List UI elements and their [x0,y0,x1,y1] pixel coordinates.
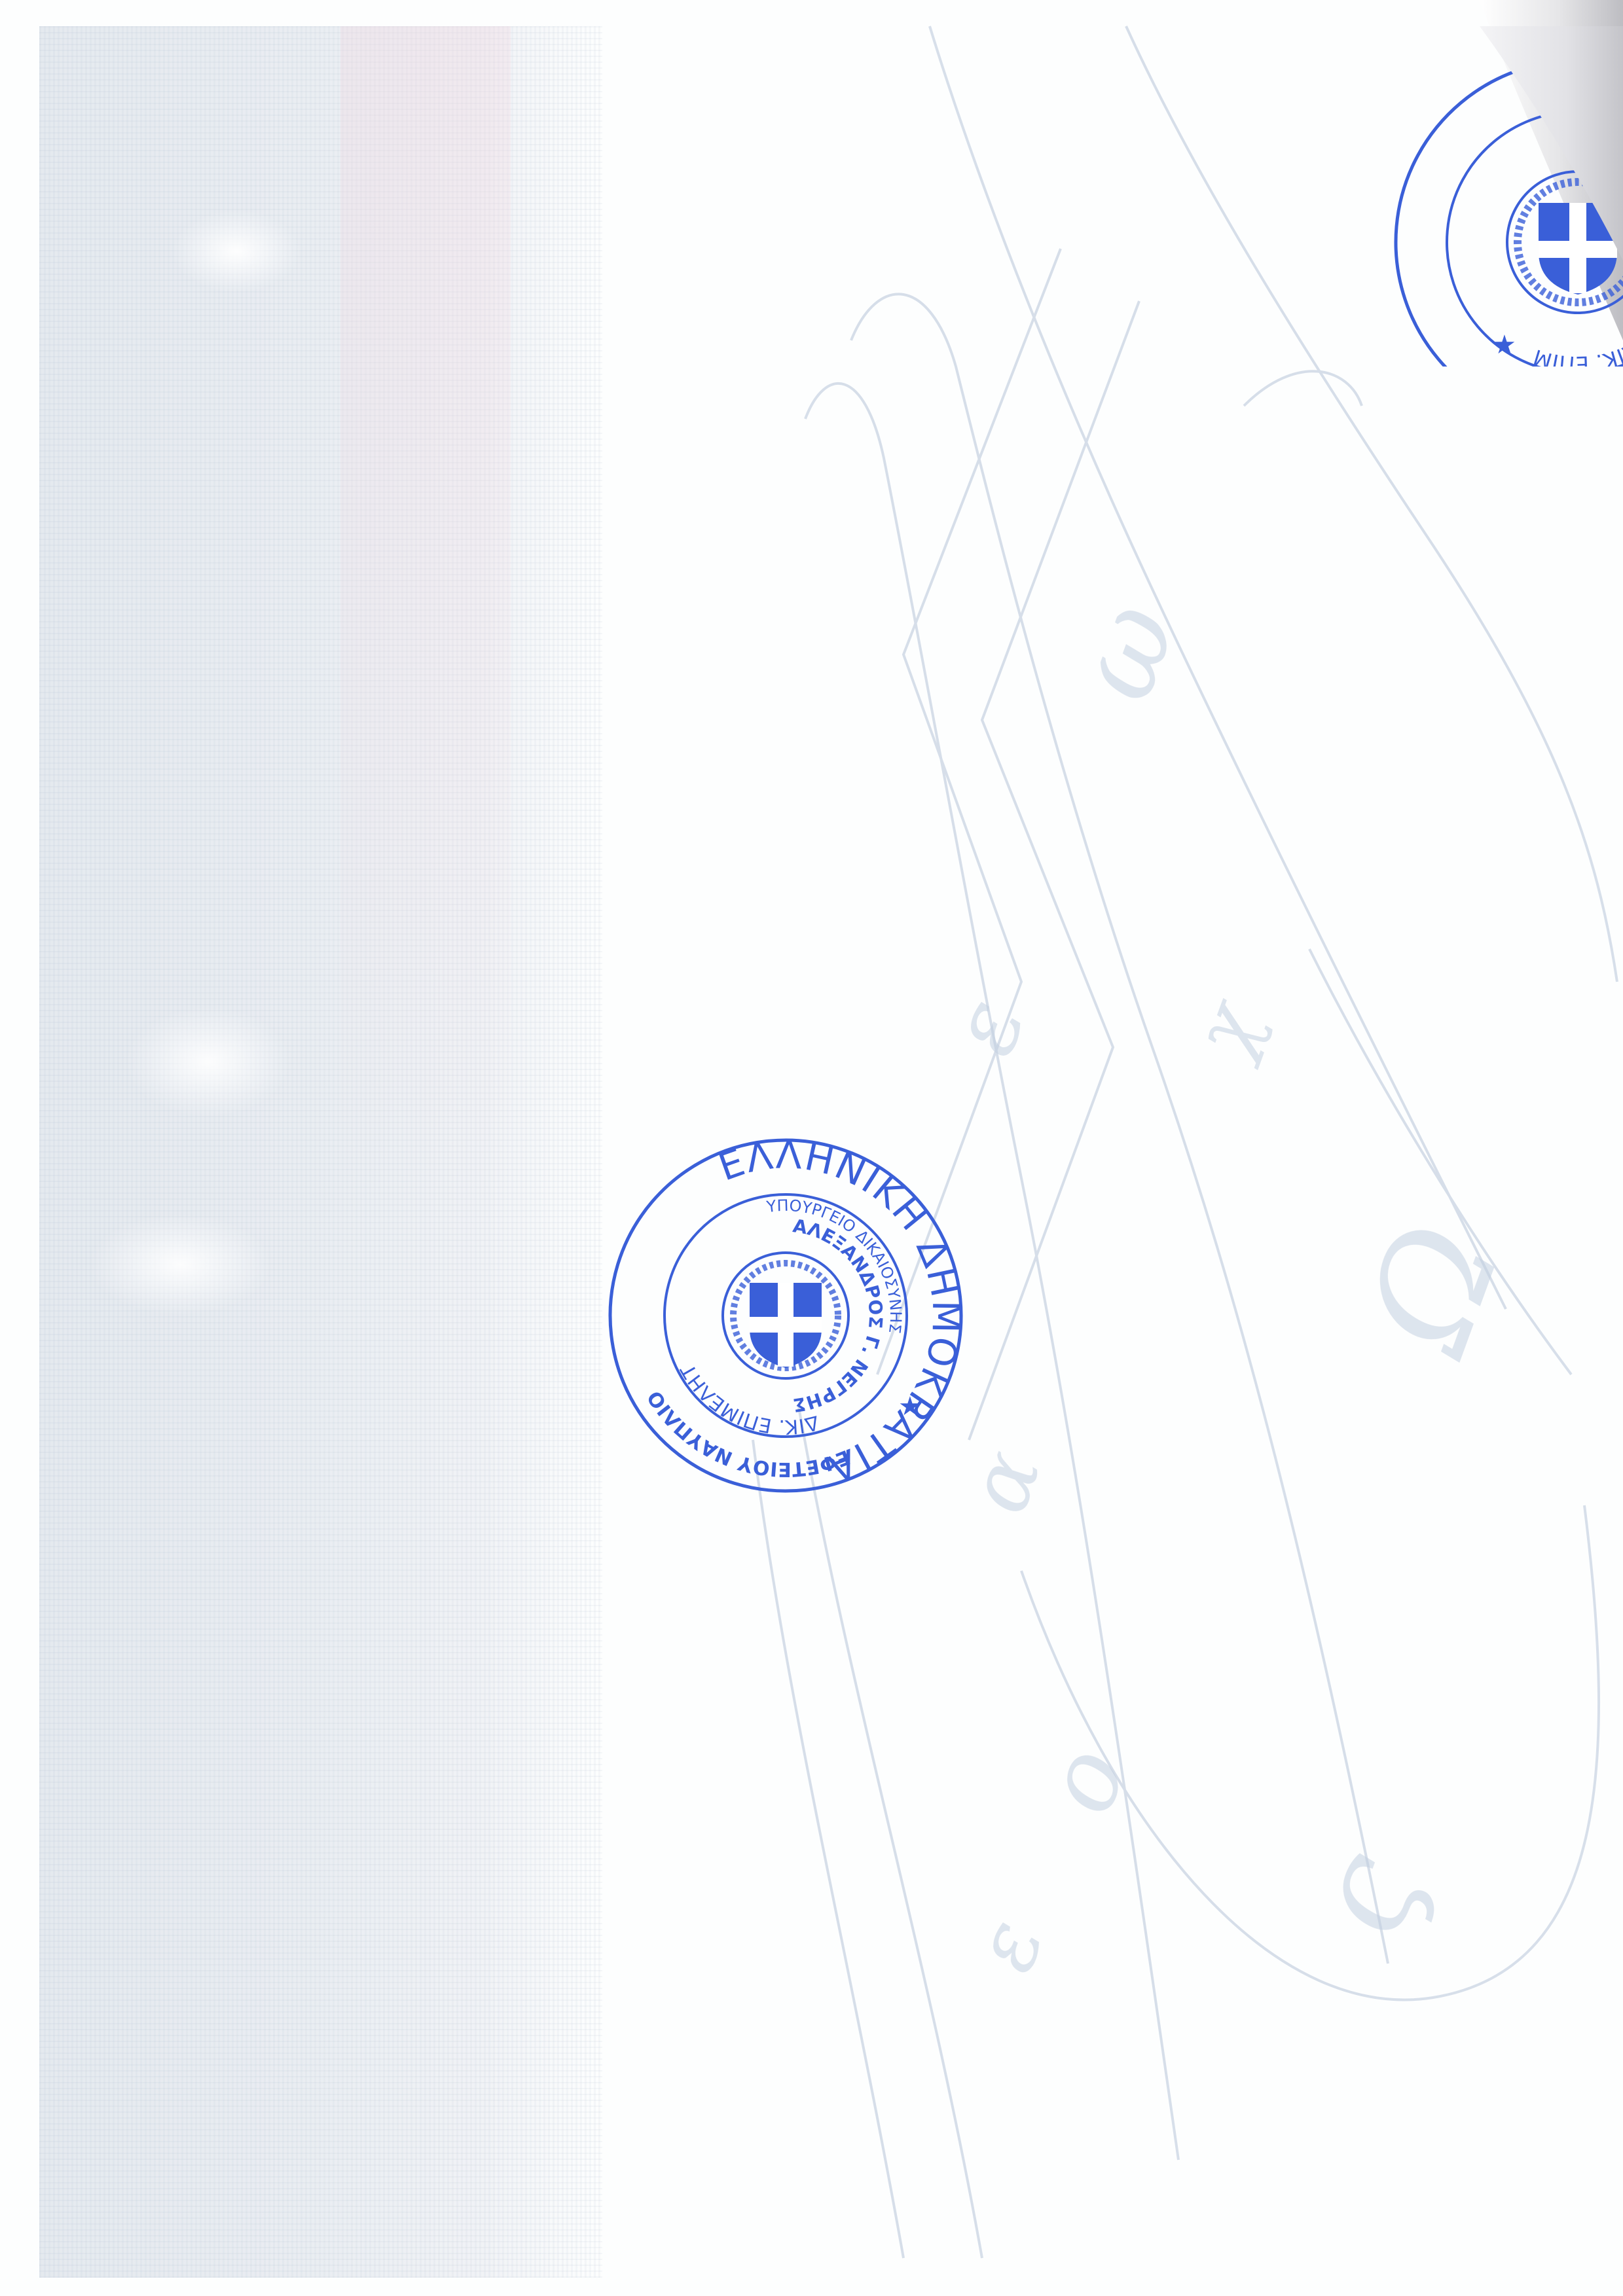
official-stamp-center: ΕΛΛΗΝΙΚΗ ΔΗΜΟΚΡΑΤΙΑ ΥΠΟΥΡΓΕΙΟ ΔΙΚΑΙΟΣΥΝΗ… [602,1132,969,1499]
svg-text:ο: ο [1021,1733,1148,1827]
document-page: ω ε χ Ω α ο ς ε [0,0,1623,2296]
svg-text:χ: χ [1175,987,1279,1071]
official-stamp-corner: ΕΛΛΗΝΙΚΗ ΔΗ ΥΠΟΥΡΓΕΙΟ ΔΙ ΑΛΕΞΑΝΔΡΟΣ ΔΙΚ.… [1362,26,1623,367]
greek-coat-of-arms-icon [733,1263,838,1368]
svg-text:ω: ω [1049,586,1201,716]
fold-cover [1362,26,1623,367]
svg-text:Ω: Ω [1334,1204,1533,1375]
star-icon: ★ [898,1391,922,1422]
svg-text:ε: ε [953,1907,1063,1984]
